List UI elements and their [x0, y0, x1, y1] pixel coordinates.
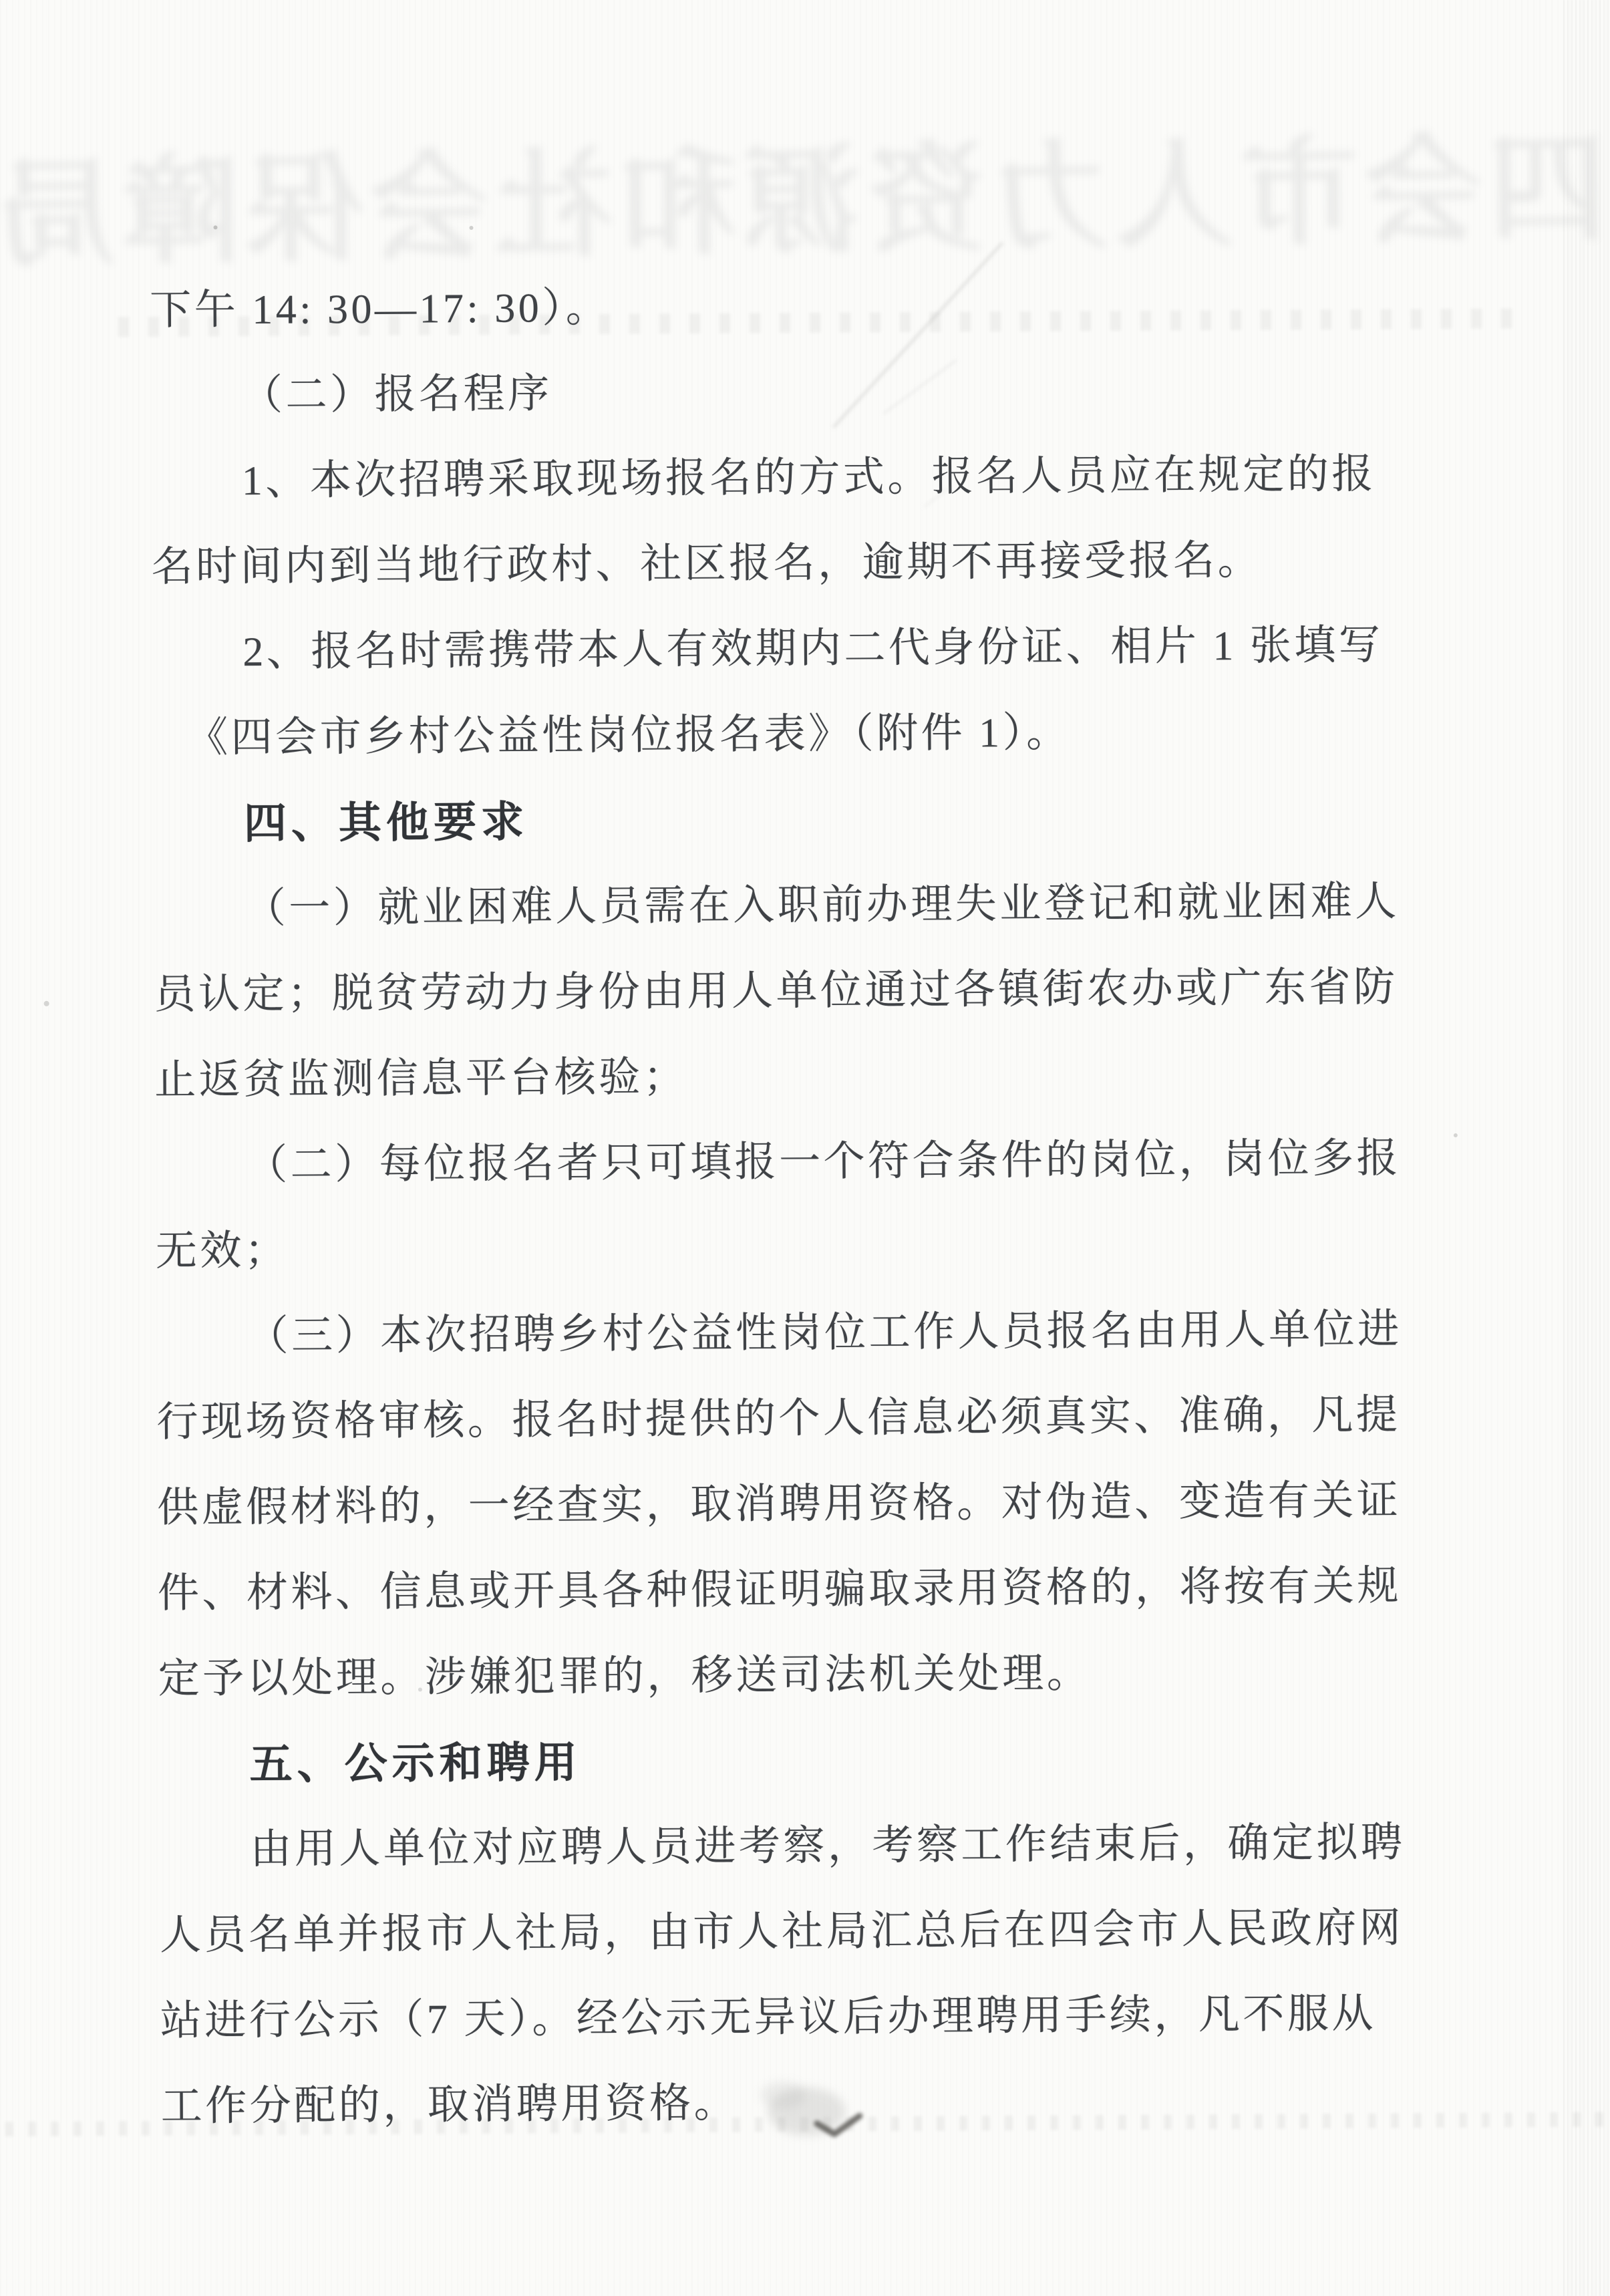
document-line: 名时间内到当地行政村、社区报名，逾期不再接受报名。 [0, 519, 1606, 615]
document-line: 供虚假材料的，一经查实，取消聘用资格。对伪造、变造有关证 [1, 1460, 1610, 1556]
document-line: （三）本次招聘乡村公益性岗位工作人员报名由用人单位进 [0, 1289, 1610, 1385]
document-line: 工作分配的，取消聘用资格。 [5, 2059, 1610, 2154]
document-body: 下午 14: 30—17: 30）。 （二）报名程序 1、本次招聘采取现场报名的… [0, 263, 1610, 2154]
document-line: 2、报名时需携带本人有效期内二代身份证、相片 1 张填写 [0, 605, 1607, 700]
bleedthrough-letterhead: 四会市人力资源和社会保障局 [0, 94, 1607, 289]
document-line: 人员名单并报市人社局，由市人社局汇总后在四会市人民政府网 [4, 1888, 1610, 1983]
document-line: 件、材料、信息或开具各种假证明骗取录用资格的，将按有关规 [2, 1546, 1610, 1641]
section-heading: 五、公示和聘用 [3, 1717, 1610, 1812]
document-line: 下午 14: 30—17: 30）。 [0, 263, 1605, 358]
document-line: 站进行公示（7 天）。经公示无异议后办理聘用手续，凡不服从 [5, 1973, 1610, 2069]
document-line: 《四会市乡村公益性岗位报名表》（附件 1）。 [0, 690, 1607, 786]
page-content: 四会市人力资源和社会保障局 下午 14: 30—17: 30）。 （二）报名程序… [0, 0, 1610, 2296]
document-line: （一）就业困难人员需在入职前办理失业登记和就业困难人 [0, 861, 1608, 957]
document-line: （二）报名程序 [0, 348, 1605, 444]
document-line: 止返贫监测信息平台核验； [0, 1032, 1609, 1128]
section-heading: 四、其他要求 [0, 776, 1607, 871]
document-line: 由用人单位对应聘人员进考察，考察工作结束后，确定拟聘 [3, 1802, 1610, 1898]
document-line: 无效； [0, 1203, 1610, 1299]
document-line: 1、本次招聘采取现场报名的方式。报名人员应在规定的报 [0, 434, 1605, 529]
document-line: 行现场资格审核。报名时提供的个人信息必须真实、准确，凡提 [1, 1375, 1610, 1470]
scanned-document-page: { "page": { "background_color": "#fbfbf9… [0, 0, 1610, 2296]
document-line: （二）每位报名者只可填报一个符合条件的岗位，岗位多报 [0, 1118, 1609, 1213]
document-line: 员认定；脱贫劳动力身份由用人单位通过各镇街农办或广东省防 [0, 947, 1609, 1042]
document-line: 定予以处理。涉嫌犯罪的，移送司法机关处理。 [2, 1631, 1610, 1727]
